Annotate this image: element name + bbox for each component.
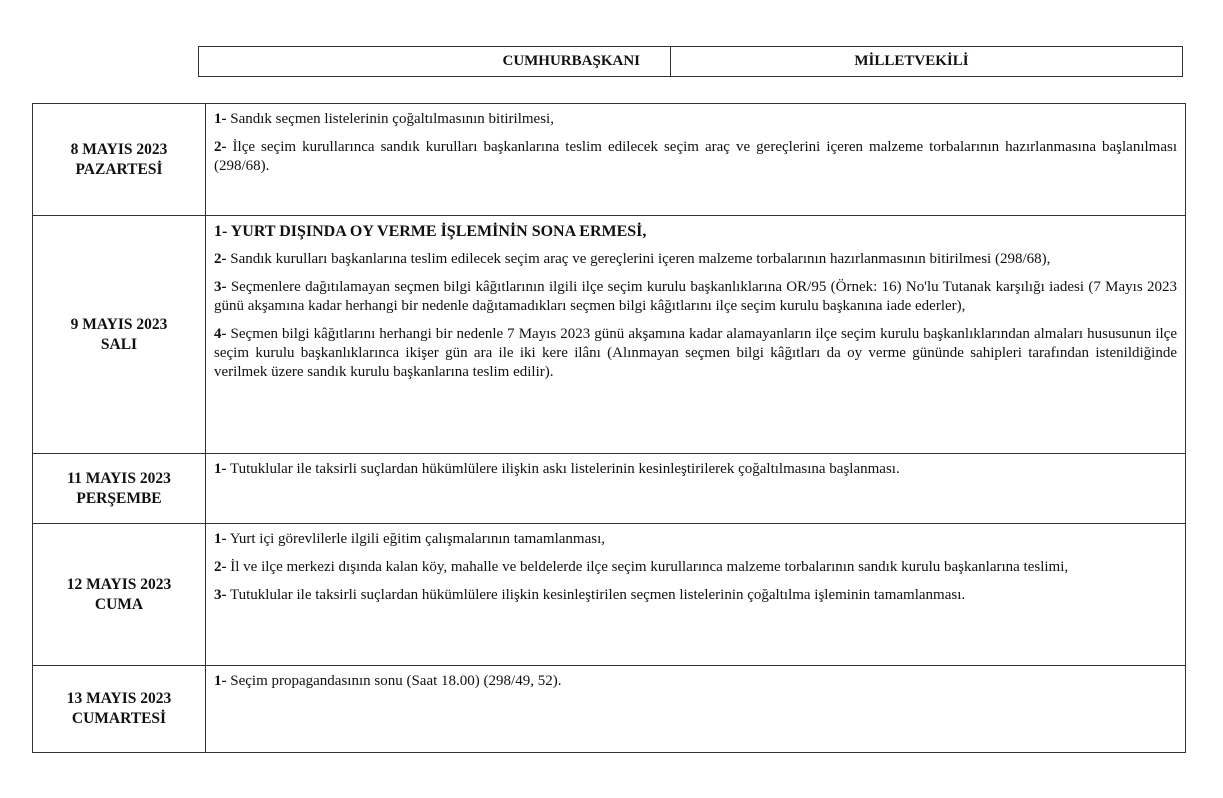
schedule-item: 1- Sandık seçmen listelerinin çoğaltılma…: [214, 110, 1177, 129]
schedule-row: 13 MAYIS 2023CUMARTESİ1- Seçim propagand…: [33, 666, 1186, 753]
date-text: 13 MAYIS 2023: [34, 689, 204, 709]
schedule-table: 8 MAYIS 2023PAZARTESİ1- Sandık seçmen li…: [32, 103, 1186, 753]
item-number: 1-: [214, 223, 227, 240]
day-text: PERŞEMBE: [34, 489, 204, 509]
schedule-row: 9 MAYIS 2023SALI1- YURT DIŞINDA OY VERME…: [33, 216, 1186, 454]
item-number: 1-: [214, 111, 227, 127]
schedule-item: 4- Seçmen bilgi kâğıtlarını herhangi bir…: [214, 325, 1177, 382]
item-number: 2-: [214, 251, 227, 267]
item-number: 2-: [214, 139, 227, 155]
schedule-row: 8 MAYIS 2023PAZARTESİ1- Sandık seçmen li…: [33, 104, 1186, 216]
item-number: 2-: [214, 559, 227, 575]
item-number: 1-: [214, 461, 227, 477]
description-cell: 1- Yurt içi görevlilerle ilgili eğitim ç…: [206, 524, 1186, 666]
schedule-item: 1- Tutuklular ile taksirli suçlardan hük…: [214, 460, 1177, 479]
date-cell: 12 MAYIS 2023CUMA: [33, 524, 206, 666]
item-text: Tutuklular ile taksirli suçlardan hüküml…: [227, 461, 900, 477]
item-text: YURT DIŞINDA OY VERME İŞLEMİNİN SONA ERM…: [227, 223, 646, 240]
date-text: 11 MAYIS 2023: [34, 469, 204, 489]
date-text: 9 MAYIS 2023: [34, 315, 204, 335]
item-text: Sandık kurulları başkanlarına teslim edi…: [227, 251, 1051, 267]
date-cell: 13 MAYIS 2023CUMARTESİ: [33, 666, 206, 753]
schedule-row: 11 MAYIS 2023PERŞEMBE1- Tutuklular ile t…: [33, 454, 1186, 524]
schedule-item: 1- Yurt içi görevlilerle ilgili eğitim ç…: [214, 530, 1177, 549]
date-cell: 11 MAYIS 2023PERŞEMBE: [33, 454, 206, 524]
day-text: CUMA: [34, 595, 204, 615]
header-cumhurbaskani: CUMHURBAŞKANI: [199, 47, 671, 76]
description-cell: 1- Seçim propagandasının sonu (Saat 18.0…: [206, 666, 1186, 753]
item-number: 3-: [214, 279, 227, 295]
item-text: Seçmen bilgi kâğıtlarını herhangi bir ne…: [214, 326, 1177, 380]
date-cell: 8 MAYIS 2023PAZARTESİ: [33, 104, 206, 216]
schedule-item: 2- İl ve ilçe merkezi dışında kalan köy,…: [214, 558, 1177, 577]
description-cell: 1- Sandık seçmen listelerinin çoğaltılma…: [206, 104, 1186, 216]
date-text: 12 MAYIS 2023: [34, 575, 204, 595]
item-text: Yurt içi görevlilerle ilgili eğitim çalı…: [227, 531, 606, 547]
item-text: İlçe seçim kurullarınca sandık kurulları…: [214, 139, 1177, 174]
item-number: 4-: [214, 326, 227, 342]
day-text: CUMARTESİ: [34, 709, 204, 729]
item-number: 3-: [214, 587, 227, 603]
schedule-item: 3- Seçmenlere dağıtılamayan seçmen bilgi…: [214, 278, 1177, 316]
date-cell: 9 MAYIS 2023SALI: [33, 216, 206, 454]
day-text: SALI: [34, 335, 204, 355]
item-text: Seçim propagandasının sonu (Saat 18.00) …: [227, 673, 562, 689]
header-milletvekili: MİLLETVEKİLİ: [671, 47, 1182, 76]
description-cell: 1- Tutuklular ile taksirli suçlardan hük…: [206, 454, 1186, 524]
day-text: PAZARTESİ: [34, 160, 204, 180]
schedule-item: 3- Tutuklular ile taksirli suçlardan hük…: [214, 586, 1177, 605]
description-cell: 1- YURT DIŞINDA OY VERME İŞLEMİNİN SONA …: [206, 216, 1186, 454]
date-text: 8 MAYIS 2023: [34, 140, 204, 160]
item-text: İl ve ilçe merkezi dışında kalan köy, ma…: [227, 559, 1069, 575]
column-header: CUMHURBAŞKANI MİLLETVEKİLİ: [198, 46, 1183, 77]
item-text: Tutuklular ile taksirli suçlardan hüküml…: [227, 587, 966, 603]
schedule-item: 2- Sandık kurulları başkanlarına teslim …: [214, 250, 1177, 269]
item-text: Sandık seçmen listelerinin çoğaltılmasın…: [227, 111, 554, 127]
item-text: Seçmenlere dağıtılamayan seçmen bilgi kâ…: [214, 279, 1177, 314]
item-number: 1-: [214, 673, 227, 689]
schedule-item: 1- Seçim propagandasının sonu (Saat 18.0…: [214, 672, 1177, 691]
item-number: 1-: [214, 531, 227, 547]
schedule-item: 1- YURT DIŞINDA OY VERME İŞLEMİNİN SONA …: [214, 222, 1177, 241]
schedule-item: 2- İlçe seçim kurullarınca sandık kurull…: [214, 138, 1177, 176]
schedule-row: 12 MAYIS 2023CUMA1- Yurt içi görevlilerl…: [33, 524, 1186, 666]
